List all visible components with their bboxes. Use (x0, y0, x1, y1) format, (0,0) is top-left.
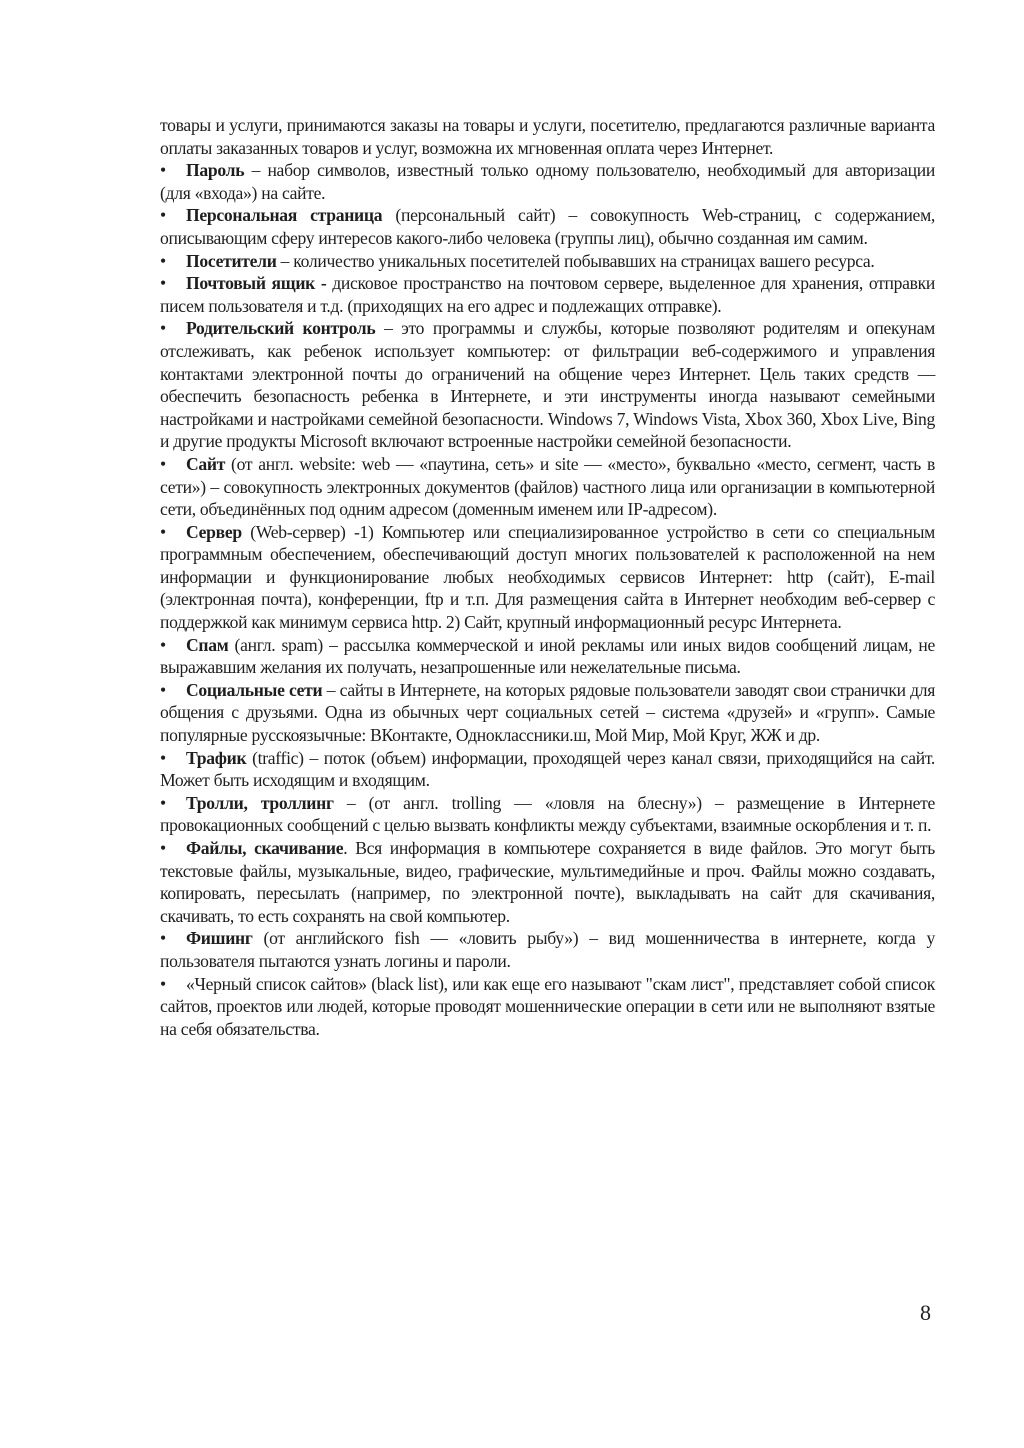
document-body: товары и услуги, принимаются заказы на т… (160, 114, 935, 1040)
bullet-icon: • (160, 317, 186, 340)
glossary-entry: •Пароль – набор символов, известный толь… (160, 159, 935, 204)
bullet-icon: • (160, 973, 186, 996)
glossary-definition: (от англ. website: web — «паутина, сеть»… (160, 454, 935, 519)
bullet-icon: • (160, 837, 186, 860)
page-number: 8 (920, 1300, 931, 1326)
glossary-entry: •Трафик (traffic) – поток (объем) информ… (160, 747, 935, 792)
glossary-definition: – набор символов, известный только одном… (160, 160, 935, 203)
glossary-entry: •Сайт (от англ. website: web — «паутина,… (160, 453, 935, 521)
glossary-term: Фишинг (186, 928, 253, 948)
glossary-entry: •«Черный список сайтов» (black list), ил… (160, 973, 935, 1041)
glossary-list: •Пароль – набор символов, известный толь… (160, 159, 935, 1040)
glossary-term: Социальные сети (186, 680, 322, 700)
glossary-term: Тролли, троллинг (186, 793, 334, 813)
bullet-icon: • (160, 634, 186, 657)
bullet-icon: • (160, 679, 186, 702)
bullet-icon: • (160, 747, 186, 770)
glossary-entry: •Спам (англ. spam) – рассылка коммерческ… (160, 634, 935, 679)
glossary-term: Файлы, скачивание (186, 838, 343, 858)
glossary-definition: (от английского fish — «ловить рыбу») – … (160, 928, 935, 971)
glossary-entry: •Почтовый ящик - дисковое пространство н… (160, 272, 935, 317)
intro-paragraph: товары и услуги, принимаются заказы на т… (160, 114, 935, 159)
glossary-definition: (Web-сервер) -1) Компьютер или специализ… (160, 522, 935, 632)
glossary-definition: – количество уникальных посетителей побы… (277, 251, 875, 271)
glossary-term: Спам (186, 635, 228, 655)
glossary-term: Родительский контроль (186, 318, 375, 338)
bullet-icon: • (160, 204, 186, 227)
bullet-icon: • (160, 453, 186, 476)
glossary-entry: •Родительский контроль – это программы и… (160, 317, 935, 453)
glossary-entry: •Социальные сети – сайты в Интернете, на… (160, 679, 935, 747)
bullet-icon: • (160, 272, 186, 295)
glossary-term: Посетители (186, 251, 277, 271)
glossary-entry: •Посетители – количество уникальных посе… (160, 250, 935, 273)
glossary-term: Пароль (186, 160, 244, 180)
glossary-term: Трафик (186, 748, 246, 768)
glossary-term: Почтовый ящик - (186, 273, 326, 293)
glossary-term: Сайт (186, 454, 225, 474)
bullet-icon: • (160, 250, 186, 273)
glossary-entry: •Персональная страница (персональный сай… (160, 204, 935, 249)
glossary-entry: •Сервер (Web-сервер) -1) Компьютер или с… (160, 521, 935, 634)
glossary-entry: •Файлы, скачивание. Вся информация в ком… (160, 837, 935, 927)
glossary-definition: (англ. spam) – рассылка коммерческой и и… (160, 635, 935, 678)
glossary-definition: «Черный список сайтов» (black list), или… (160, 974, 935, 1039)
bullet-icon: • (160, 521, 186, 544)
glossary-entry: •Фишинг (от английского fish — «ловить р… (160, 927, 935, 972)
bullet-icon: • (160, 792, 186, 815)
glossary-term: Персональная страница (186, 205, 382, 225)
bullet-icon: • (160, 159, 186, 182)
glossary-entry: •Тролли, троллинг – (от англ. trolling —… (160, 792, 935, 837)
bullet-icon: • (160, 927, 186, 950)
glossary-definition: (traffic) – поток (объем) информации, пр… (160, 748, 935, 791)
glossary-term: Сервер (186, 522, 242, 542)
